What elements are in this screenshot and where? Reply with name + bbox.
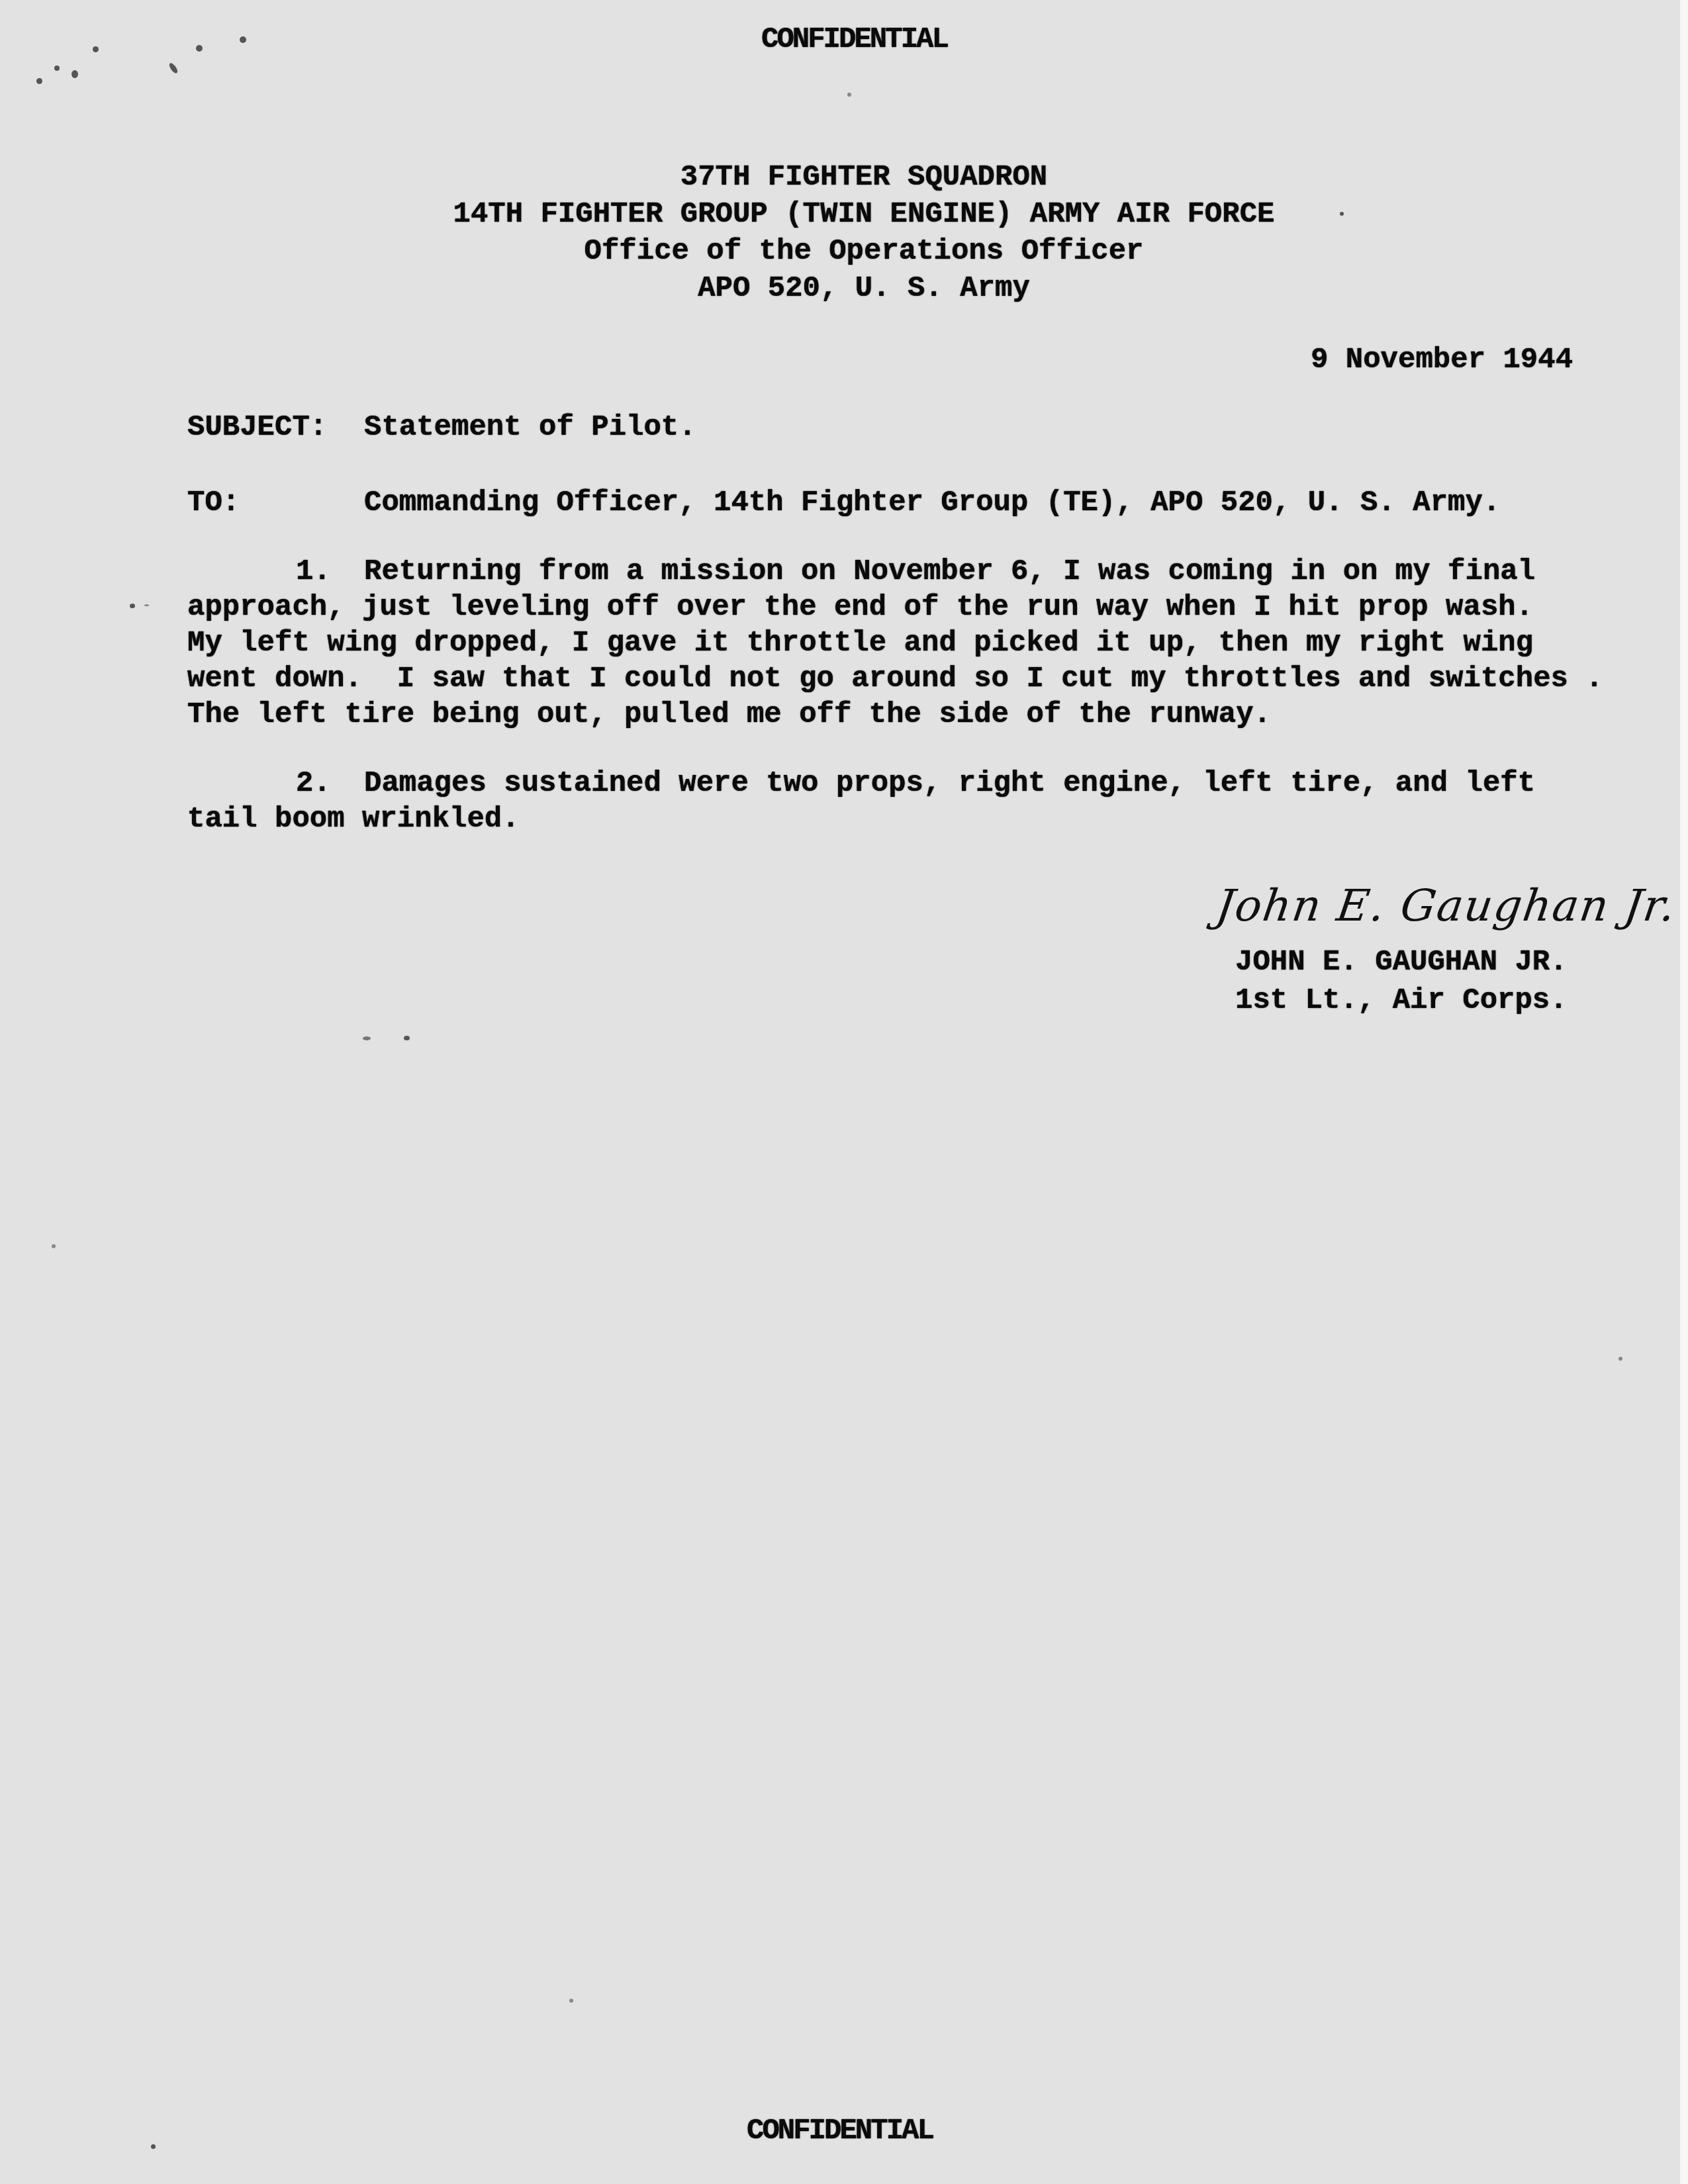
scan-speck (54, 66, 60, 71)
scan-speck (151, 2144, 156, 2149)
classification-marking-bottom: CONFIDENTIAL (747, 2116, 933, 2146)
subject-label: SUBJECT: (187, 413, 327, 442)
paragraph-line: Returning from a mission on November 6, … (364, 557, 1535, 586)
letterhead-group: 14TH FIGHTER GROUP (TWIN ENGINE) ARMY AI… (20, 200, 1688, 229)
paragraph-line: Damages sustained were two props, right … (364, 769, 1535, 798)
paragraph-line: approach, just leveling off over the end… (187, 593, 1533, 622)
signer-name: JOHN E. GAUGHAN JR. (1235, 948, 1568, 977)
handwritten-signature: John E. Gaughan Jr. (1213, 880, 1680, 931)
letterhead-squadron: 37TH FIGHTER SQUADRON (20, 163, 1688, 192)
scan-speck (363, 1036, 371, 1040)
letterhead-apo: APO 520, U. S. Army (20, 274, 1688, 303)
scan-speck (144, 604, 149, 606)
scan-speck (52, 1244, 56, 1248)
scan-speck (1618, 1357, 1622, 1361)
letterhead-office: Office of the Operations Officer (20, 237, 1688, 266)
paragraph-line: tail boom wrinkled. (187, 805, 520, 834)
scan-speck (71, 70, 78, 78)
paragraph-line: The left tire being out, pulled me off t… (187, 700, 1271, 729)
scan-speck (93, 46, 99, 52)
paragraph-line: My left wing dropped, I gave it throttle… (187, 629, 1533, 658)
classification-marking-top: CONFIDENTIAL (761, 25, 947, 54)
paragraph-number: 2. (296, 769, 331, 798)
scan-speck (196, 45, 203, 52)
to-label: TO: (187, 488, 240, 518)
subject-value: Statement of Pilot. (364, 413, 696, 442)
scan-speck (240, 36, 246, 43)
scan-edge (1680, 0, 1688, 2184)
paragraph-number: 1. (296, 557, 331, 586)
signer-rank: 1st Lt., Air Corps. (1235, 986, 1568, 1015)
scan-speck (404, 1036, 410, 1040)
scan-speck (847, 93, 851, 97)
scan-speck (130, 604, 135, 608)
to-value: Commanding Officer, 14th Fighter Group (… (364, 488, 1500, 518)
paragraph-line: went down. I saw that I could not go aro… (187, 664, 1603, 694)
scan-speck (36, 78, 42, 84)
scanned-page: CONFIDENTIAL 37TH FIGHTER SQUADRON 14TH … (0, 0, 1680, 2184)
scan-speck (569, 1999, 573, 2003)
document-date: 9 November 1944 (1311, 345, 1573, 375)
scan-speck (168, 62, 179, 74)
